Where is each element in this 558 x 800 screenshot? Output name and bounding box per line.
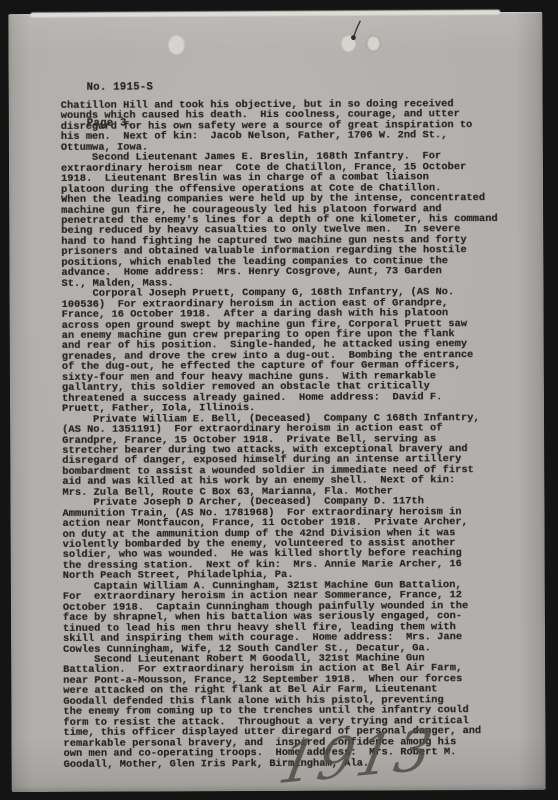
paper-edge-highlight bbox=[30, 10, 500, 18]
document-page: No. 1915-S Page 3. Chatillon Hill and to… bbox=[8, 12, 545, 792]
doc-number: No. 1915-S bbox=[87, 82, 154, 94]
scan-background: No. 1915-S Page 3. Chatillon Hill and to… bbox=[0, 0, 558, 800]
document-body: Chatillon Hill and took his objective, b… bbox=[61, 99, 538, 770]
paragraph: Captain William A. Cunningham, 321st Mac… bbox=[63, 580, 537, 655]
paragraph: Corporal Joseph Pruett, Company G, 168th… bbox=[62, 287, 537, 415]
punch-hole-spot bbox=[168, 35, 184, 54]
punch-hole-spot bbox=[367, 37, 379, 51]
paragraph: Chatillon Hill and took his objective, b… bbox=[61, 99, 535, 153]
paragraph: Private Joseph D Archer, (Deceased) Comp… bbox=[62, 496, 536, 582]
paragraph: Private William E. Bell, (Deceased) Comp… bbox=[62, 412, 536, 498]
ink-mark-icon bbox=[344, 19, 366, 45]
handwritten-year: 1913 bbox=[274, 717, 440, 798]
paragraph: Second Lieutenant James E. Breslin, 168t… bbox=[61, 151, 536, 289]
